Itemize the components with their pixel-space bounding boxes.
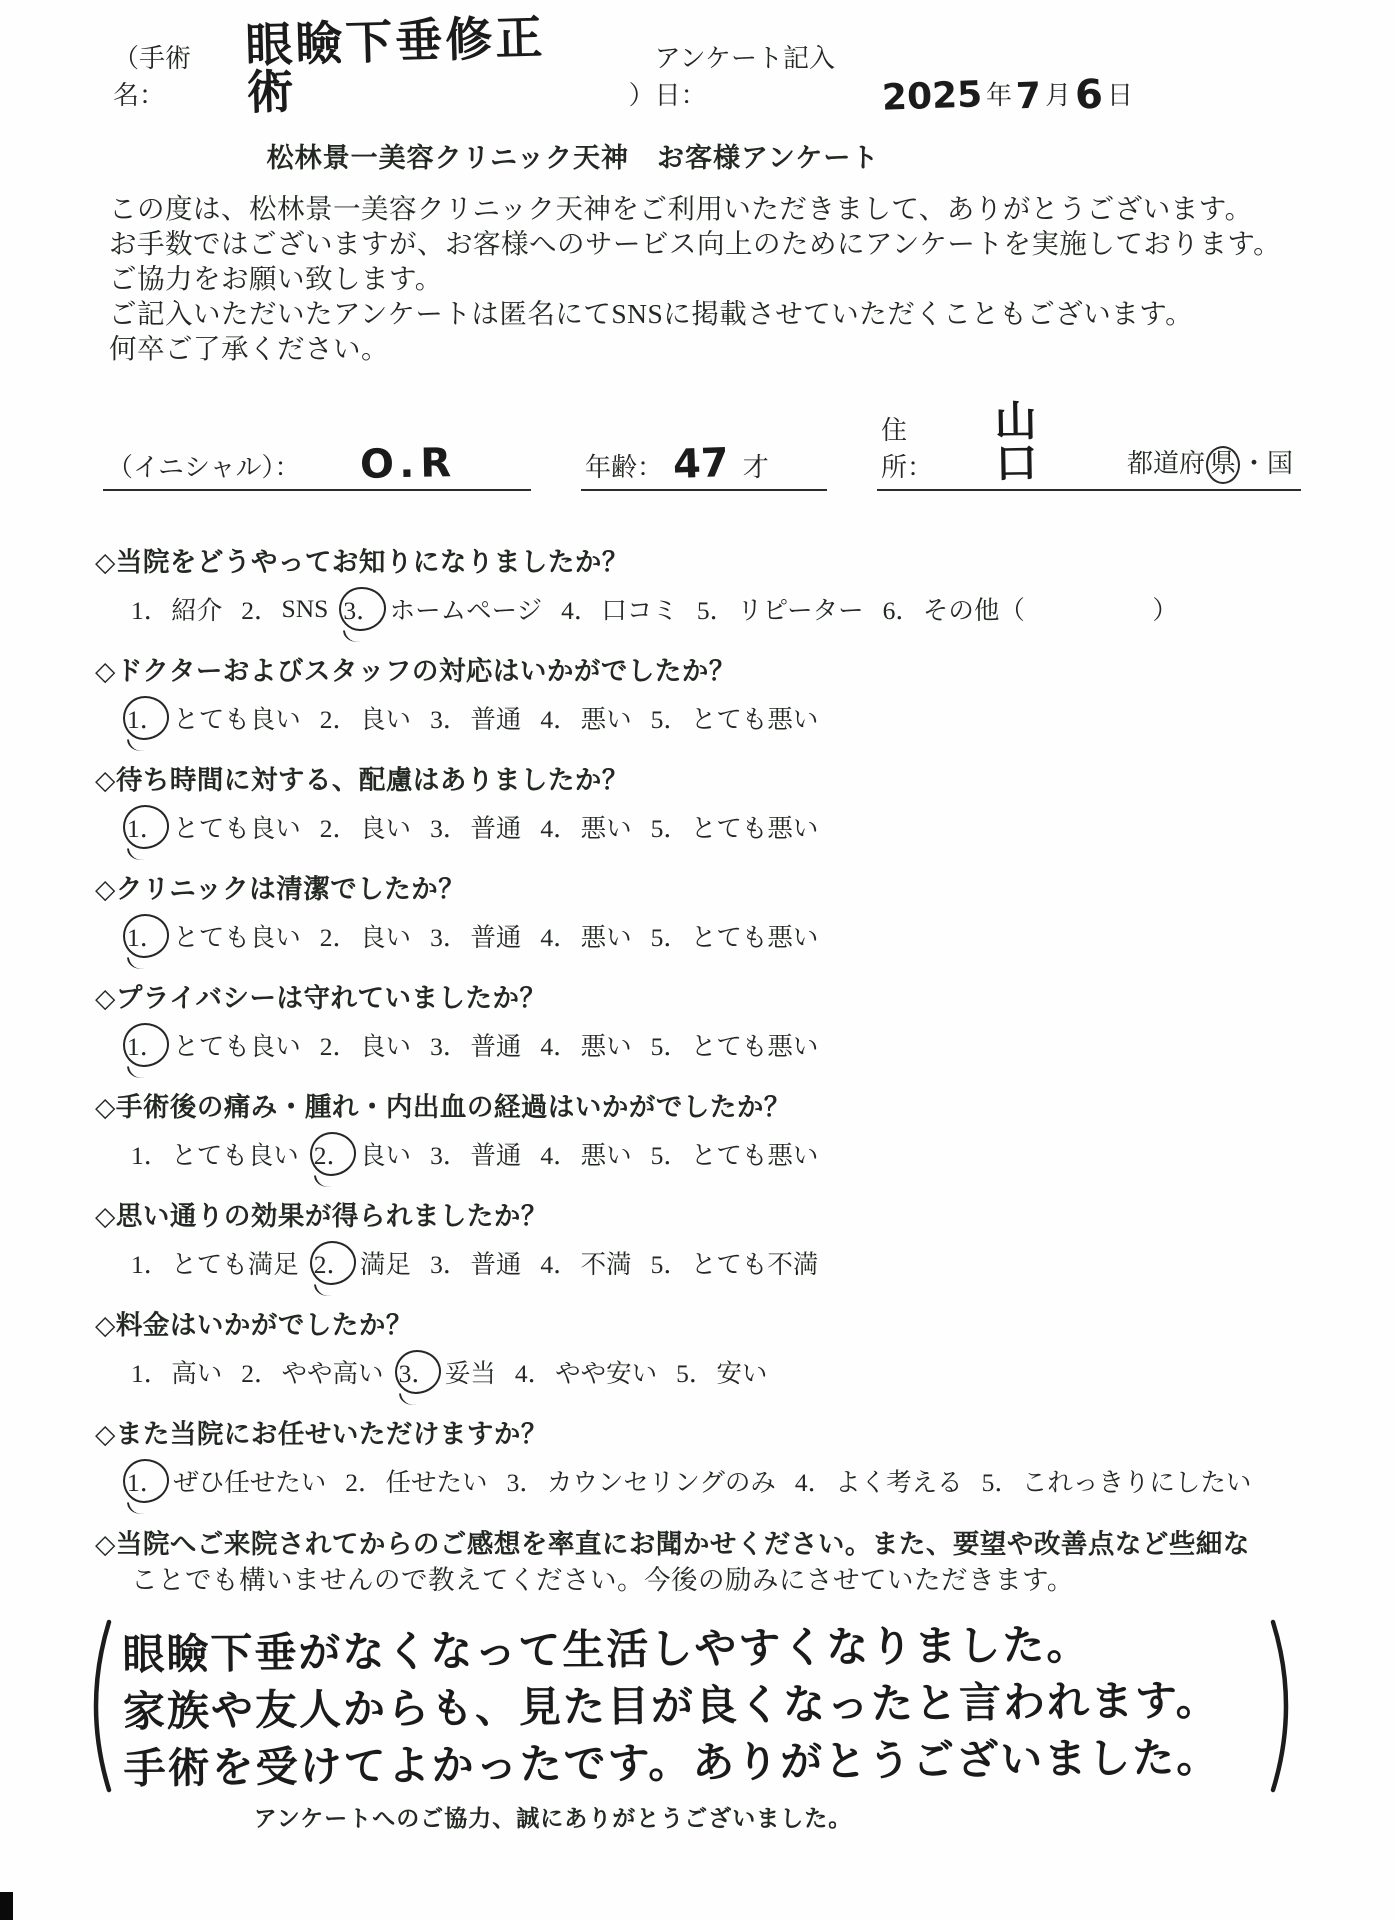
option-number: 5． bbox=[651, 700, 689, 736]
prefecture-circle: 県 bbox=[1206, 446, 1240, 484]
option-number: 4． bbox=[515, 1354, 553, 1390]
option-label: 安い bbox=[716, 1354, 767, 1390]
date-month-unit: 月 bbox=[1045, 75, 1071, 112]
options-row: 1．紹介2．SNS3．ホームページ4．口コミ5．リピーター6．その他（ ） bbox=[131, 586, 1301, 632]
age-field: 年齢： 47 才 bbox=[581, 444, 827, 491]
question-heading: ◇思い通りの効果が得られましたか？ bbox=[95, 1199, 1301, 1233]
option-label: ぜひ任せたい bbox=[173, 1463, 326, 1499]
pref-post: ・国 bbox=[1241, 449, 1293, 478]
option-label: ホームページ bbox=[390, 591, 543, 627]
option-label: 高い bbox=[171, 1354, 222, 1390]
final-question: ◇当院へご来院されてからのご感想を率直にお聞かせください。また、要望や改善点など… bbox=[95, 1526, 1301, 1598]
date-day-unit: 日 bbox=[1107, 75, 1133, 112]
option-label: 良い bbox=[360, 1027, 411, 1063]
option-number: 2． bbox=[320, 700, 358, 736]
option: 4．悪い bbox=[540, 1027, 631, 1063]
scan-artifact-mark bbox=[0, 1892, 13, 1920]
intro-paragraph: この度は、松林景一美容クリニック天神をご利用いただきまして、ありがとうございます… bbox=[109, 191, 1301, 366]
surgery-name-field: （手術名： 眼瞼下垂修正術 ） bbox=[113, 18, 655, 112]
option: 2．良い bbox=[320, 1027, 411, 1063]
option: 3．妥当 bbox=[403, 1350, 496, 1394]
option: 3．ホームページ bbox=[347, 587, 542, 631]
option: 1．紹介 bbox=[131, 591, 222, 627]
option-number: 3． bbox=[430, 700, 468, 736]
thanks-footer: アンケートへのご協力、誠にありがとうございました。 bbox=[95, 1800, 1301, 1833]
option-label: やや高い bbox=[282, 1354, 384, 1390]
option: 5．これっきりにしたい bbox=[982, 1463, 1252, 1499]
option: 4．不満 bbox=[540, 1245, 631, 1281]
intro-line: 何卒ご了承ください。 bbox=[109, 331, 1301, 366]
option-number: 4． bbox=[795, 1463, 833, 1499]
option-number: 3． bbox=[430, 918, 468, 954]
option-number: 2． bbox=[345, 1463, 383, 1499]
option-label: 妥当 bbox=[445, 1354, 496, 1390]
option: 3．普通 bbox=[430, 700, 521, 736]
age-handwriting: 47 bbox=[672, 443, 729, 485]
option-label: 口コミ bbox=[601, 591, 678, 627]
option-number: 5． bbox=[982, 1463, 1020, 1499]
address-field: 住所： 山口 都道府県・国 bbox=[877, 400, 1301, 491]
option-number: 4． bbox=[540, 918, 578, 954]
selected-answer-circle: 3． bbox=[395, 1350, 441, 1394]
option-number: 4． bbox=[561, 591, 599, 627]
question-heading: ◇クリニックは清潔でしたか？ bbox=[95, 872, 1301, 906]
option-number: 1． bbox=[131, 1354, 169, 1390]
selected-answer-circle: 2． bbox=[310, 1132, 356, 1176]
option-label: とても不満 bbox=[691, 1245, 819, 1281]
option: 6．その他（ ） bbox=[883, 591, 1178, 627]
initial-field: （イニシャル）： O.R bbox=[103, 444, 531, 491]
option-label: とても良い bbox=[171, 1136, 299, 1172]
option: 2．満足 bbox=[318, 1241, 411, 1285]
option-label: その他（ ） bbox=[923, 591, 1178, 627]
option: 1．とても良い bbox=[131, 1023, 301, 1067]
option-number: 5． bbox=[697, 591, 735, 627]
option: 1．とても良い bbox=[131, 914, 301, 958]
date-year-unit: 年 bbox=[986, 75, 1012, 112]
option-label: 良い bbox=[360, 809, 411, 845]
option-number: 2． bbox=[320, 809, 358, 845]
options-row: 1．とても良い2．良い3．普通4．悪い5．とても悪い bbox=[131, 804, 1301, 850]
option-label: 満足 bbox=[360, 1245, 411, 1281]
option: 5．とても不満 bbox=[651, 1245, 819, 1281]
option-label: これっきりにしたい bbox=[1022, 1463, 1252, 1499]
option-label: 悪い bbox=[581, 700, 632, 736]
question-block: ◇当院をどうやってお知りになりましたか？1．紹介2．SNS3．ホームページ4．口… bbox=[95, 545, 1301, 632]
option: 1．ぜひ任せたい bbox=[131, 1459, 326, 1503]
option: 4．やや安い bbox=[515, 1354, 657, 1390]
option-label: よく考える bbox=[835, 1463, 963, 1499]
option-number: 5． bbox=[651, 1027, 689, 1063]
option-label: 悪い bbox=[581, 1136, 632, 1172]
intro-line: この度は、松林景一美容クリニック天神をご利用いただきまして、ありがとうございます… bbox=[109, 191, 1301, 226]
question-heading: ◇プライバシーは守れていましたか？ bbox=[95, 981, 1301, 1015]
question-heading: ◇手術後の痛み・腫れ・内出血の経過はいかがでしたか？ bbox=[95, 1090, 1301, 1124]
date-label: アンケート記入日： bbox=[655, 38, 878, 112]
option-number: 3． bbox=[430, 1136, 468, 1172]
address-handwriting: 山口 bbox=[994, 399, 1094, 485]
options-row: 1．とても満足2．満足3．普通4．不満5．とても不満 bbox=[131, 1240, 1301, 1286]
option: 2．任せたい bbox=[345, 1463, 487, 1499]
options-row: 1．とても良い2．良い3．普通4．悪い5．とても悪い bbox=[131, 913, 1301, 959]
comment-line: 手術を受けてよかったです。ありがとうございました。 bbox=[123, 1728, 1264, 1797]
selected-answer-circle: 1． bbox=[123, 1459, 169, 1503]
initial-handwriting: O.R bbox=[360, 443, 458, 485]
option-label: 紹介 bbox=[171, 591, 222, 627]
option: 4．悪い bbox=[540, 1136, 631, 1172]
selected-answer-circle: 3． bbox=[339, 587, 385, 631]
option: 1．とても満足 bbox=[131, 1245, 299, 1281]
option-label: 悪い bbox=[581, 1027, 632, 1063]
option: 4．悪い bbox=[540, 918, 631, 954]
option-label: 良い bbox=[360, 1136, 411, 1172]
option-label: とても悪い bbox=[691, 1136, 819, 1172]
option: 4．よく考える bbox=[795, 1463, 963, 1499]
option: 2．SNS bbox=[241, 591, 328, 627]
option: 5．安い bbox=[676, 1354, 767, 1390]
intro-line: ご記入いただいたアンケートは匿名にてSNSに掲載させていただくこともございます。 bbox=[109, 296, 1301, 331]
intro-line: ご協力をお願い致します。 bbox=[109, 261, 1301, 296]
option-label: 普通 bbox=[470, 1245, 521, 1281]
option: 1．とても良い bbox=[131, 1136, 299, 1172]
option: 2．やや高い bbox=[241, 1354, 383, 1390]
option-label: とても悪い bbox=[691, 918, 819, 954]
intro-line: お手数ではございますが、お客様へのサービス向上のためにアンケートを実施しておりま… bbox=[109, 226, 1301, 261]
question-block: ◇また当院にお任せいただけますか？1．ぜひ任せたい2．任せたい3．カウンセリング… bbox=[95, 1417, 1301, 1504]
option-number: 1． bbox=[131, 1245, 169, 1281]
option-label: 悪い bbox=[581, 918, 632, 954]
option: 3．普通 bbox=[430, 809, 521, 845]
option-label: 普通 bbox=[470, 1136, 521, 1172]
option: 3．普通 bbox=[430, 1027, 521, 1063]
left-paren-drawing bbox=[81, 1618, 113, 1794]
option-number: 2． bbox=[241, 1354, 279, 1390]
survey-date-field: アンケート記入日： 2025 年 7 月 6 日 bbox=[655, 38, 1133, 112]
option: 3．普通 bbox=[430, 918, 521, 954]
page-title: 松林景一美容クリニック天神 お客様アンケート bbox=[95, 136, 1301, 175]
options-row: 1．とても良い2．良い3．普通4．悪い5．とても悪い bbox=[131, 1022, 1301, 1068]
right-paren-drawing bbox=[1269, 1618, 1301, 1794]
option-label: 不満 bbox=[581, 1245, 632, 1281]
option-number: 4． bbox=[540, 1136, 578, 1172]
selected-answer-circle: 2． bbox=[310, 1241, 356, 1285]
option: 1．高い bbox=[131, 1354, 222, 1390]
option: 5．とても悪い bbox=[651, 918, 819, 954]
options-row: 1．高い2．やや高い3．妥当4．やや安い5．安い bbox=[131, 1349, 1301, 1395]
option-label: とても悪い bbox=[691, 1027, 819, 1063]
option-number: 4． bbox=[540, 809, 578, 845]
option: 5．とても悪い bbox=[651, 1027, 819, 1063]
question-heading: ◇待ち時間に対する、配慮はありましたか？ bbox=[95, 763, 1301, 797]
option-number: 3． bbox=[507, 1463, 545, 1499]
option: 4．悪い bbox=[540, 700, 631, 736]
final-question-line: ◇当院へご来院されてからのご感想を率直にお聞かせください。また、要望や改善点など… bbox=[95, 1526, 1301, 1562]
question-block: ◇思い通りの効果が得られましたか？1．とても満足2．満足3．普通4．不満5．とて… bbox=[95, 1199, 1301, 1286]
selected-answer-circle: 1． bbox=[123, 805, 169, 849]
question-block: ◇クリニックは清潔でしたか？1．とても良い2．良い3．普通4．悪い5．とても悪い bbox=[95, 872, 1301, 959]
surgery-close-paren: ） bbox=[629, 75, 655, 112]
options-row: 1．ぜひ任せたい2．任せたい3．カウンセリングのみ4．よく考える5．これっきりに… bbox=[131, 1458, 1301, 1504]
date-day-handwriting: 6 bbox=[1074, 75, 1103, 116]
option-label: 任せたい bbox=[386, 1463, 488, 1499]
selected-answer-circle: 1． bbox=[123, 696, 169, 740]
option-number: 5． bbox=[651, 1136, 689, 1172]
prefecture-country-label: 都道府県・国 bbox=[1127, 443, 1293, 484]
option-number: 1． bbox=[131, 1136, 169, 1172]
question-heading: ◇また当院にお任せいただけますか？ bbox=[95, 1417, 1301, 1451]
option-label: 普通 bbox=[470, 918, 521, 954]
option-number: 5． bbox=[651, 1245, 689, 1281]
option-label: 良い bbox=[360, 700, 411, 736]
date-month-handwriting: 7 bbox=[1015, 79, 1041, 116]
date-year-handwriting: 2025 bbox=[881, 77, 982, 116]
surgery-name-handwriting: 眼瞼下垂修正術 bbox=[245, 13, 590, 117]
option: 3．カウンセリングのみ bbox=[507, 1463, 776, 1499]
option-label: 普通 bbox=[470, 809, 521, 845]
comment-section: 眼瞼下垂がなくなって生活しやすくなりました。 家族や友人からも、見た目が良くなっ… bbox=[81, 1618, 1301, 1796]
option-number: 2． bbox=[320, 918, 358, 954]
option: 5．とても悪い bbox=[651, 1136, 819, 1172]
option: 2．良い bbox=[320, 809, 411, 845]
initial-label: （イニシャル）： bbox=[107, 447, 300, 484]
option-label: とても良い bbox=[173, 1027, 301, 1063]
option-label: SNS bbox=[282, 594, 329, 624]
option-label: 良い bbox=[360, 918, 411, 954]
option-number: 3． bbox=[430, 1245, 468, 1281]
option-label: 悪い bbox=[581, 809, 632, 845]
selected-answer-circle: 1． bbox=[123, 1023, 169, 1067]
age-label: 年齢： bbox=[585, 447, 663, 484]
option: 5．とても悪い bbox=[651, 700, 819, 736]
options-row: 1．とても良い2．良い3．普通4．悪い5．とても悪い bbox=[131, 1131, 1301, 1177]
option: 4．口コミ bbox=[561, 591, 678, 627]
questions-section: ◇当院をどうやってお知りになりましたか？1．紹介2．SNS3．ホームページ4．口… bbox=[95, 545, 1301, 1504]
option-label: とても良い bbox=[173, 809, 301, 845]
option-number: 4． bbox=[540, 1027, 578, 1063]
option-number: 1． bbox=[131, 591, 169, 627]
option-label: とても良い bbox=[173, 918, 301, 954]
comment-handwriting: 眼瞼下垂がなくなって生活しやすくなりました。 家族や友人からも、見た目が良くなっ… bbox=[112, 1612, 1270, 1802]
option: 2．良い bbox=[320, 918, 411, 954]
option-number: 6． bbox=[883, 591, 921, 627]
option-number: 2． bbox=[320, 1027, 358, 1063]
option-label: カウンセリングのみ bbox=[547, 1463, 776, 1499]
option-label: とても悪い bbox=[691, 700, 819, 736]
option: 1．とても良い bbox=[131, 805, 301, 849]
profile-row: （イニシャル）： O.R 年齢： 47 才 住所： 山口 都道府県・国 bbox=[103, 400, 1301, 491]
address-label: 住所： bbox=[881, 410, 955, 484]
option: 5．とても悪い bbox=[651, 809, 819, 845]
age-unit: 才 bbox=[743, 447, 769, 484]
options-row: 1．とても良い2．良い3．普通4．悪い5．とても悪い bbox=[131, 695, 1301, 741]
pref-pre: 都道府 bbox=[1127, 449, 1205, 478]
question-heading: ◇料金はいかがでしたか？ bbox=[95, 1308, 1301, 1342]
option-number: 5． bbox=[651, 918, 689, 954]
option-label: リピーター bbox=[737, 591, 863, 627]
header-row: （手術名： 眼瞼下垂修正術 ） アンケート記入日： 2025 年 7 月 6 日 bbox=[95, 46, 1301, 112]
option-label: 普通 bbox=[470, 700, 521, 736]
option-label: 普通 bbox=[470, 1027, 521, 1063]
selected-answer-circle: 1． bbox=[123, 914, 169, 958]
option: 2．良い bbox=[318, 1132, 411, 1176]
option: 2．良い bbox=[320, 700, 411, 736]
question-block: ◇プライバシーは守れていましたか？1．とても良い2．良い3．普通4．悪い5．とて… bbox=[95, 981, 1301, 1068]
question-block: ◇料金はいかがでしたか？1．高い2．やや高い3．妥当4．やや安い5．安い bbox=[95, 1308, 1301, 1395]
option-number: 4． bbox=[540, 700, 578, 736]
surgery-label: （手術名： bbox=[113, 38, 240, 112]
option: 5．リピーター bbox=[697, 591, 864, 627]
final-question-line: ことでも構いませんので教えてください。今後の励みにさせていただきます。 bbox=[131, 1562, 1301, 1598]
option: 1．とても良い bbox=[131, 696, 301, 740]
question-block: ◇手術後の痛み・腫れ・内出血の経過はいかがでしたか？1．とても良い2．良い3．普… bbox=[95, 1090, 1301, 1177]
option: 3．普通 bbox=[430, 1245, 521, 1281]
option-number: 3． bbox=[430, 1027, 468, 1063]
option: 3．普通 bbox=[430, 1136, 521, 1172]
option: 4．悪い bbox=[540, 809, 631, 845]
option-number: 2． bbox=[241, 591, 279, 627]
question-block: ◇待ち時間に対する、配慮はありましたか？1．とても良い2．良い3．普通4．悪い5… bbox=[95, 763, 1301, 850]
option-number: 4． bbox=[540, 1245, 578, 1281]
option-label: とても満足 bbox=[171, 1245, 299, 1281]
option-number: 5． bbox=[676, 1354, 714, 1390]
option-number: 3． bbox=[430, 809, 468, 845]
question-heading: ◇当院をどうやってお知りになりましたか？ bbox=[95, 545, 1301, 579]
option-label: とても良い bbox=[173, 700, 301, 736]
option-label: やや安い bbox=[555, 1354, 657, 1390]
option-number: 5． bbox=[651, 809, 689, 845]
option-label: とても悪い bbox=[691, 809, 819, 845]
question-heading: ◇ドクターおよびスタッフの対応はいかがでしたか？ bbox=[95, 654, 1301, 688]
survey-page: （手術名： 眼瞼下垂修正術 ） アンケート記入日： 2025 年 7 月 6 日… bbox=[0, 0, 1396, 1920]
question-block: ◇ドクターおよびスタッフの対応はいかがでしたか？1．とても良い2．良い3．普通4… bbox=[95, 654, 1301, 741]
